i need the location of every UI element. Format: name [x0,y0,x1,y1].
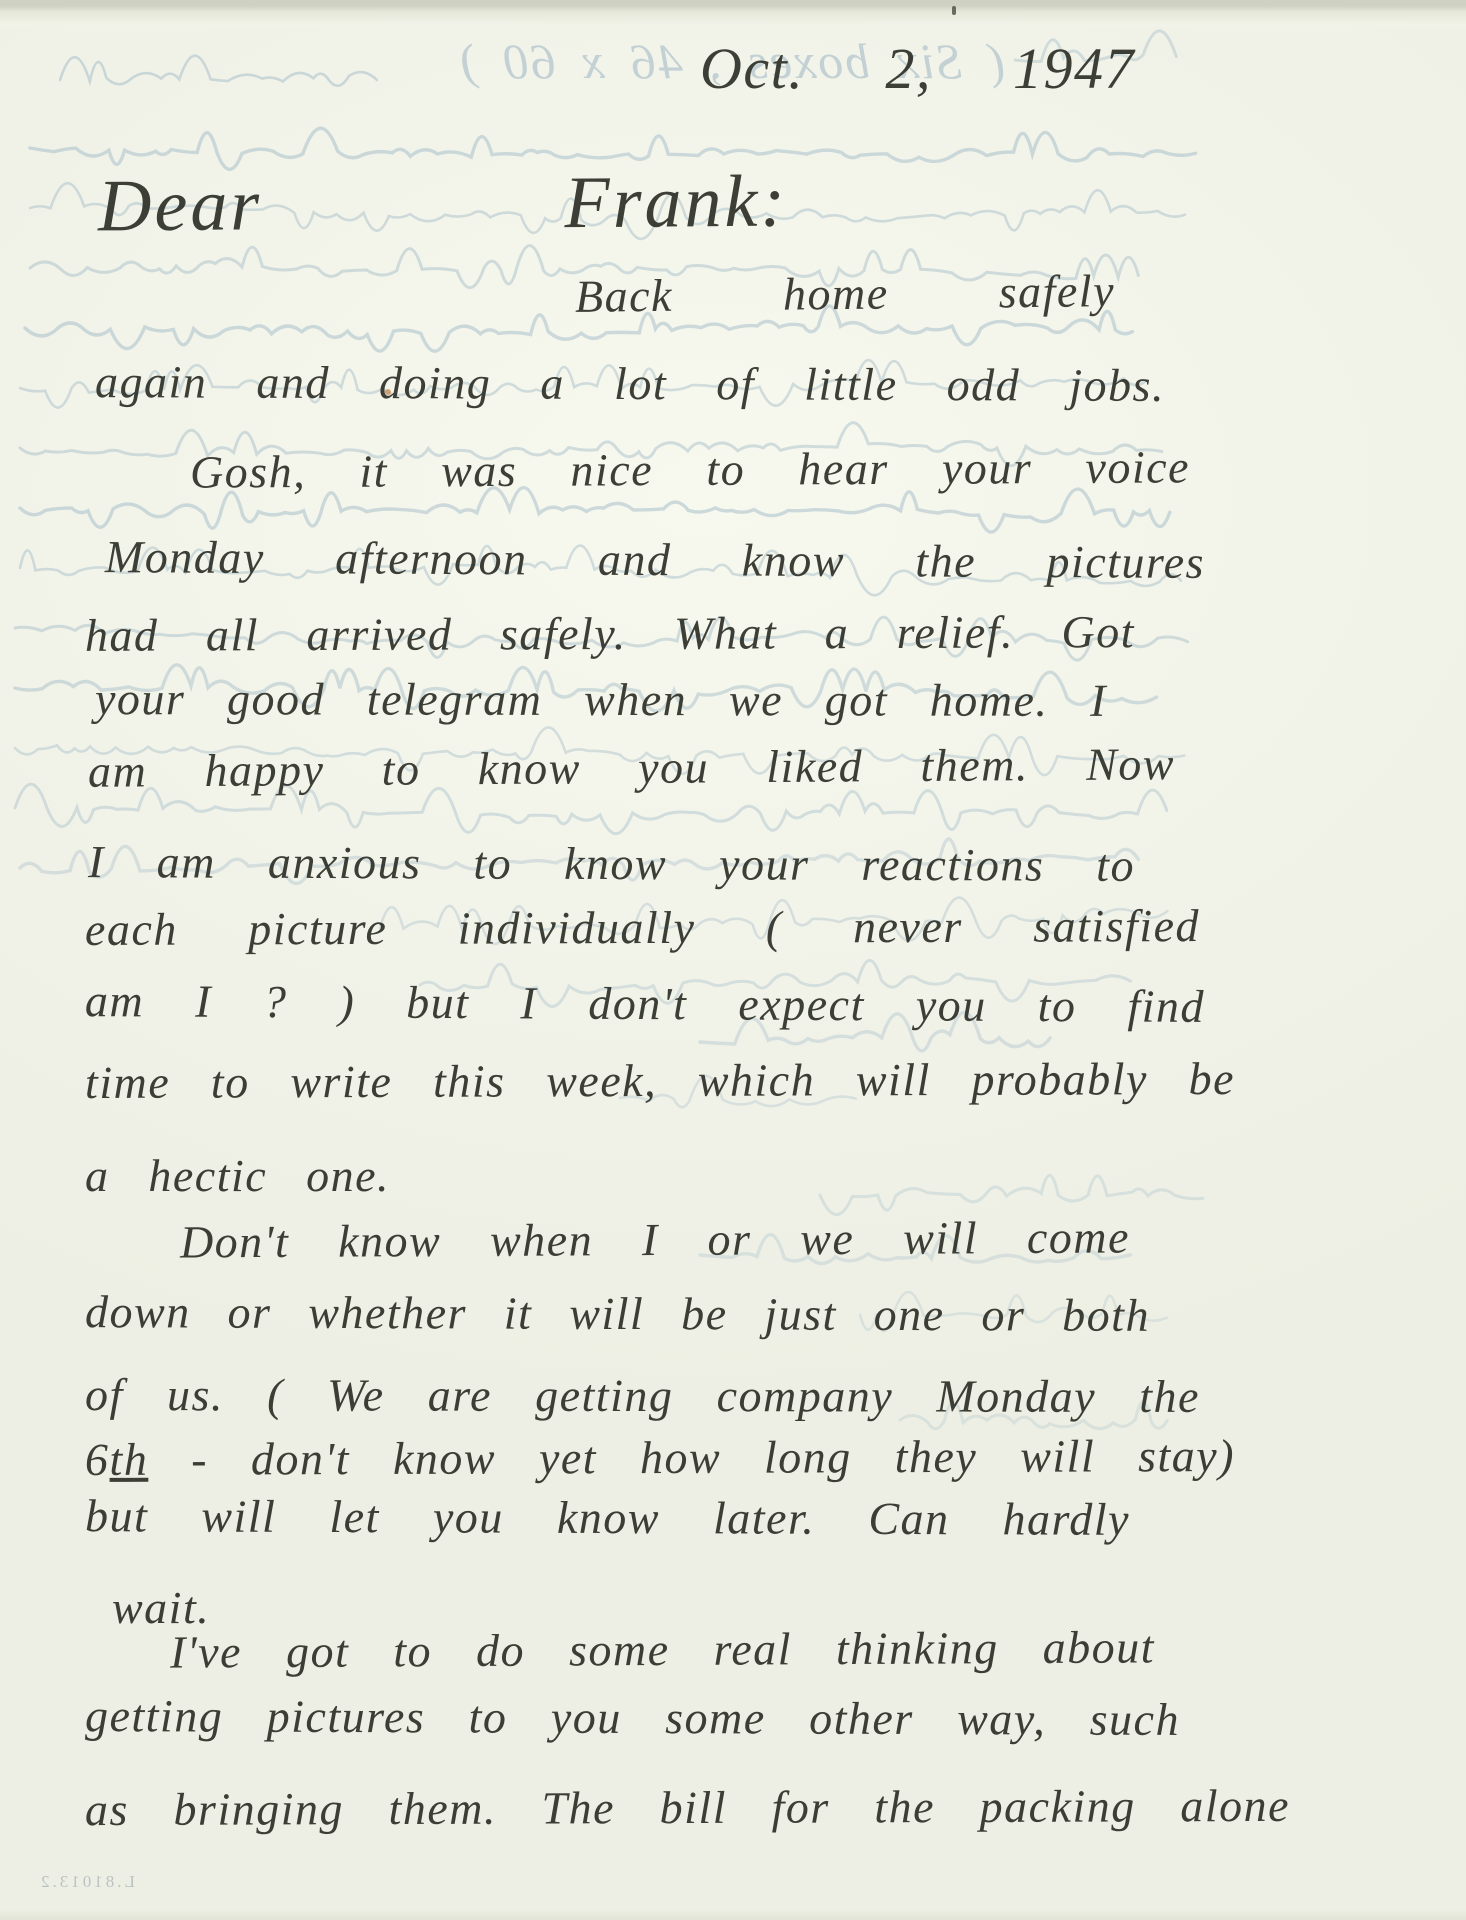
bleedthrough-line [820,1175,1203,1214]
paper-speck [952,6,956,15]
letter-line: getting pictures to you some other way, … [85,1690,1180,1746]
letter-line: your good telegram when we got home. I [95,673,1107,727]
letter-line: am happy to know you liked them. Now [88,738,1175,798]
letter-line: am I ? ) but I don't expect you to find [85,975,1205,1033]
letter-line: Gosh, it was nice to hear your voice [190,441,1190,499]
letter-line: Monday afternoon and know the pictures [105,531,1205,589]
letter-line: as bringing them. The bill for the packi… [85,1780,1290,1837]
letter-line: Back home safely [575,265,1116,323]
letter-line: each picture individually ( never satisf… [85,900,1200,956]
letter-line: Don't know when I or we will come [180,1212,1130,1269]
letter-line: had all arrived safely. What a relief. G… [85,606,1135,662]
letter-line: again and doing a lot of little odd jobs… [95,356,1165,412]
date-line: Oct. 2, 1947 [700,36,1135,102]
salutation: Dear Frank: [98,160,789,249]
letter-line: 6th - don't know yet how long they will … [85,1430,1235,1486]
letter-line: but will let you know later. Can hardly [85,1490,1130,1546]
letter-line: time to write this week, which will prob… [85,1053,1235,1109]
letter-line: down or whether it will be just one or b… [85,1286,1150,1342]
letter-line: of us. ( We are getting company Monday t… [85,1369,1200,1423]
accession-stamp: L.81013.2 [38,1872,135,1892]
letter-line: I am anxious to know your reactions to [88,836,1135,892]
letter-line: a hectic one. [85,1150,390,1202]
bleedthrough-line [60,56,377,86]
letter-line: I've got to do some real thinking about [170,1621,1155,1679]
